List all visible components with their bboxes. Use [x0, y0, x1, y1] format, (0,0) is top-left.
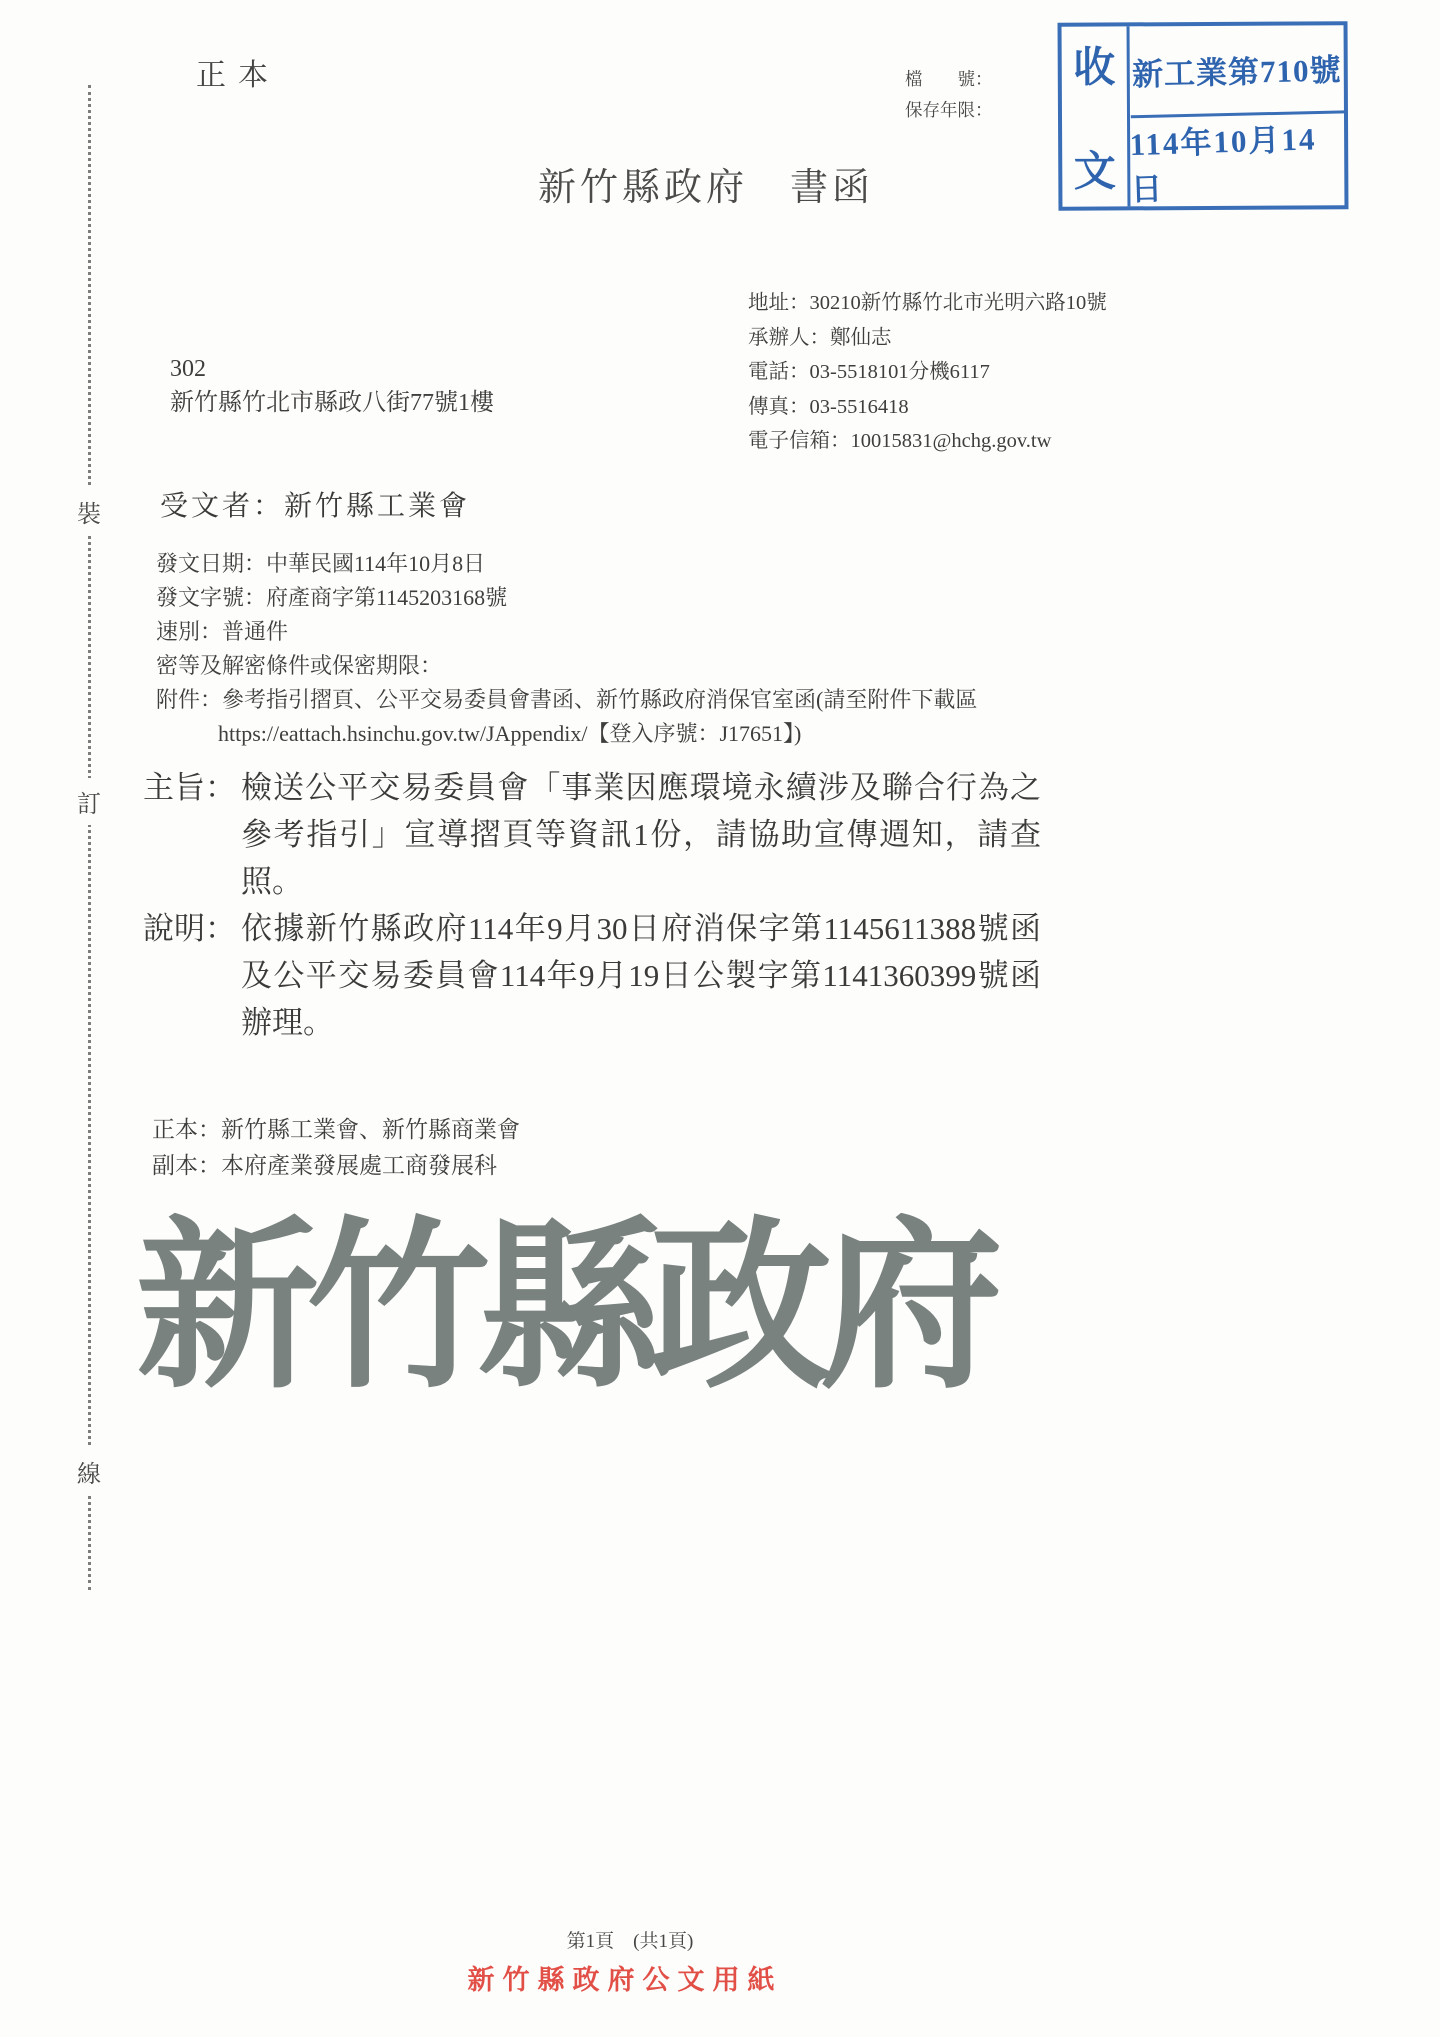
recipient-line: 受文者：新竹縣工業會 [160, 484, 470, 524]
sender-contact-person: 承辦人：鄭仙志 [748, 321, 1107, 356]
document-title: 新竹縣政府 書函 [538, 156, 874, 211]
retention-period-label: 保存年限： [905, 95, 993, 126]
copy-type-label: 正本 [196, 50, 280, 94]
meta-attachment-line1: 附件：參考指引摺頁、公平交易委員會書函、新竹縣政府消保官室函(請至附件下載區 [156, 683, 977, 717]
meta-attachment-url: https://eattach.hsinchu.gov.tw/JAppendix… [156, 717, 977, 751]
recipient-street: 新竹縣竹北市縣政八街77號1樓 [170, 386, 494, 420]
official-letter-page: 裝 訂 線 正本 檔 號： 保存年限： 收 文 新工業第710號 114年10月… [0, 0, 1440, 2037]
sender-address: 地址：30210新竹縣竹北市光明六路10號 [748, 286, 1107, 321]
sender-email: 電子信箱：10015831@hchg.gov.tw [748, 424, 1107, 459]
sender-fax: 傳真：03-5516418 [748, 390, 1107, 425]
received-stamp-fields: 新工業第710號 114年10月14日 [1130, 25, 1345, 206]
binding-char-xian: 線 [72, 1448, 106, 1495]
received-stamp-date: 114年10月14日 [1129, 112, 1346, 209]
distribution-original: 正本：新竹縣工業會、新竹縣商業會 [152, 1112, 520, 1148]
binding-dotted-line [88, 85, 91, 1590]
document-meta-block: 發文日期：中華民國114年10月8日 發文字號：府產商字第1145203168號… [156, 547, 977, 751]
description-text: 依據新竹縣政府114年9月30日府消保字第1145611388號函及公平交易委員… [241, 905, 1041, 1046]
received-stamp: 收 文 新工業第710號 114年10月14日 [1058, 21, 1349, 211]
subject-paragraph: 主旨： 檢送公平交易委員會「事業因應環境永續涉及聯合行為之參考指引」宣導摺頁等資… [143, 764, 1041, 905]
binding-char-zhuang: 裝 [72, 488, 106, 535]
binding-char-ding: 訂 [72, 778, 106, 825]
meta-issue-date: 發文日期：中華民國114年10月8日 [156, 547, 977, 581]
description-paragraph: 說明： 依據新竹縣政府114年9月30日府消保字第1145611388號函及公平… [143, 905, 1041, 1046]
meta-security: 密等及解密條件或保密期限： [156, 649, 977, 683]
file-number-block: 檔 號： 保存年限： [905, 64, 993, 126]
subject-label: 主旨： [143, 764, 241, 905]
sender-phone: 電話：03-5518101分機6117 [748, 355, 1107, 390]
recipient-address-block: 302 新竹縣竹北市縣政八街77號1樓 [170, 352, 494, 420]
meta-doc-number: 發文字號：府產商字第1145203168號 [156, 581, 977, 615]
subject-text: 檢送公平交易委員會「事業因應環境永續涉及聯合行為之參考指引」宣導摺頁等資訊1份，… [241, 764, 1041, 905]
meta-priority: 速別：普通件 [156, 615, 977, 649]
sender-contact-block: 地址：30210新竹縣竹北市光明六路10號 承辦人：鄭仙志 電話：03-5518… [748, 286, 1107, 459]
description-label: 說明： [143, 905, 241, 1046]
distribution-cc: 副本：本府產業發展處工商發展科 [152, 1148, 520, 1184]
page-number: 第1頁 (共1頁) [0, 1926, 1260, 1953]
stamp-char-shou: 收 [1073, 34, 1115, 94]
agency-watermark-text: 新竹縣政府 [136, 1206, 991, 1411]
distribution-block: 正本：新竹縣工業會、新竹縣商業會 副本：本府產業發展處工商發展科 [152, 1112, 520, 1184]
file-number-label: 檔 號： [905, 64, 993, 95]
received-stamp-number: 新工業第710號 [1129, 23, 1345, 118]
recipient-zip: 302 [170, 352, 494, 386]
received-stamp-vertical-label: 收 文 [1062, 26, 1131, 206]
stamp-char-wen: 文 [1074, 138, 1116, 198]
official-paper-label: 新竹縣政府公文用紙 [0, 1958, 1250, 1997]
